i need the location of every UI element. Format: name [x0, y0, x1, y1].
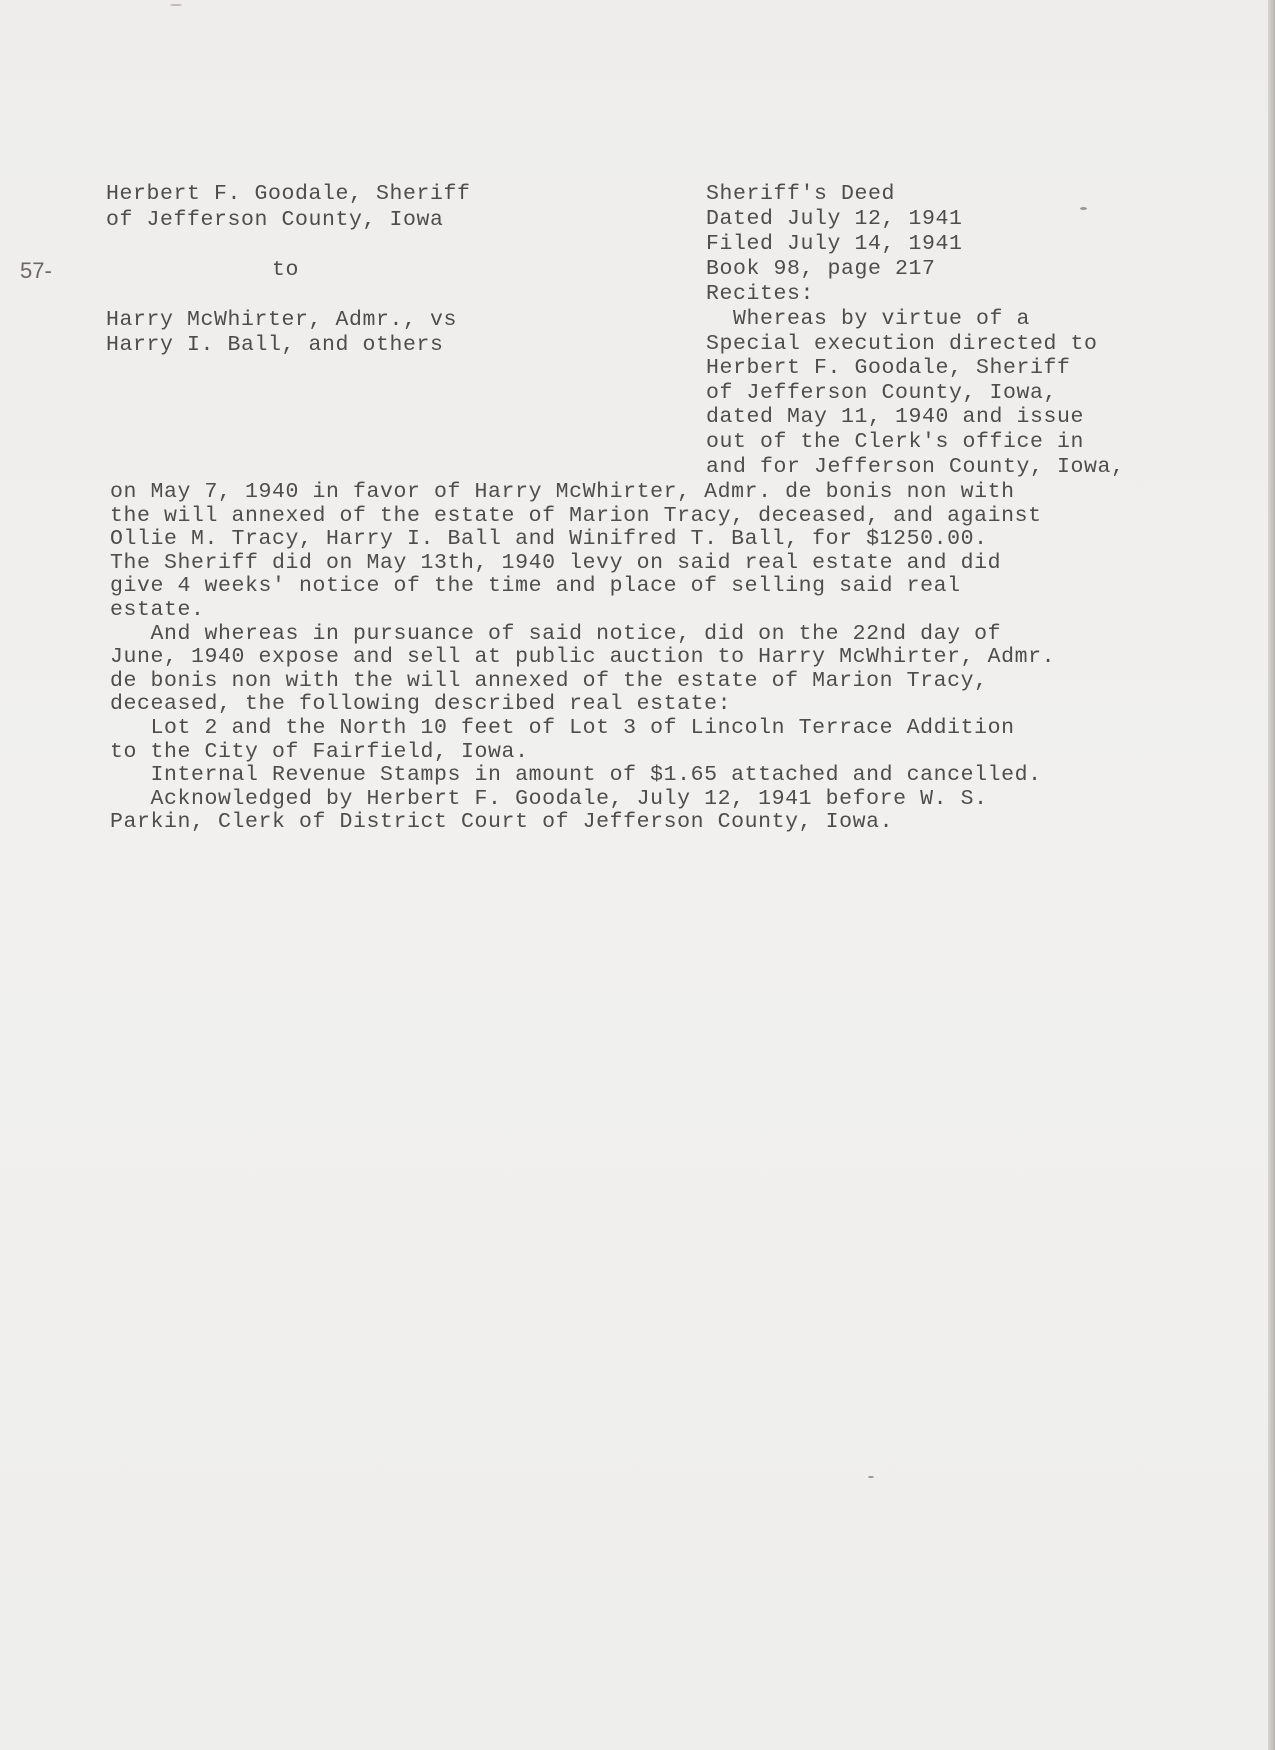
body-line: deceased, the following described real e…	[110, 692, 731, 716]
recites-label: Recites:	[706, 282, 814, 306]
connector-to: to	[272, 258, 299, 282]
paper-speck	[1080, 207, 1087, 210]
deed-book-page: Book 98, page 217	[706, 257, 936, 281]
body-line: on May 7, 1940 in favor of Harry McWhirt…	[110, 480, 1015, 504]
grantor-line-1: Herbert F. Goodale, Sheriff	[106, 182, 471, 206]
deed-filed: Filed July 14, 1941	[706, 232, 963, 256]
body-line: The Sheriff did on May 13th, 1940 levy o…	[110, 551, 1001, 575]
body-line: And whereas in pursuance of said notice,…	[110, 622, 1001, 646]
grantee-line-2: Harry I. Ball, and others	[106, 333, 444, 357]
body-line: to the City of Fairfield, Iowa.	[110, 740, 529, 764]
document-page: 57- Herbert F. Goodale, Sheriff of Jeffe…	[0, 0, 1268, 1750]
recital-line: dated May 11, 1940 and issue	[706, 405, 1084, 429]
body-line: de bonis non with the will annexed of th…	[110, 669, 988, 693]
recital-line: Herbert F. Goodale, Sheriff	[706, 356, 1071, 380]
recital-line: of Jefferson County, Iowa,	[706, 381, 1057, 405]
body-line: the will annexed of the estate of Marion…	[110, 504, 1042, 528]
body-line: Parkin, Clerk of District Court of Jeffe…	[110, 810, 893, 834]
page-number: 57-	[20, 258, 52, 284]
body-line: Acknowledged by Herbert F. Goodale, July…	[110, 787, 988, 811]
recital-line: and for Jefferson County, Iowa,	[706, 455, 1125, 479]
deed-title: Sheriff's Deed	[706, 182, 895, 206]
grantee-line-1: Harry McWhirter, Admr., vs	[106, 308, 457, 332]
body-line: June, 1940 expose and sell at public auc…	[110, 645, 1055, 669]
recital-line: Whereas by virtue of a	[706, 307, 1030, 331]
grantor-line-2: of Jefferson County, Iowa	[106, 208, 444, 232]
body-line: Lot 2 and the North 10 feet of Lot 3 of …	[110, 716, 1015, 740]
deed-dated: Dated July 12, 1941	[706, 207, 963, 231]
recital-line: Special execution directed to	[706, 332, 1098, 356]
recital-line: out of the Clerk's office in	[706, 430, 1084, 454]
paper-speck	[868, 1476, 874, 1478]
paper-speck	[170, 4, 182, 6]
body-line: give 4 weeks' notice of the time and pla…	[110, 574, 961, 598]
body-line: estate.	[110, 598, 205, 622]
body-line: Internal Revenue Stamps in amount of $1.…	[110, 763, 1042, 787]
body-line: Ollie M. Tracy, Harry I. Ball and Winifr…	[110, 527, 988, 551]
page-edge	[1268, 0, 1275, 1750]
